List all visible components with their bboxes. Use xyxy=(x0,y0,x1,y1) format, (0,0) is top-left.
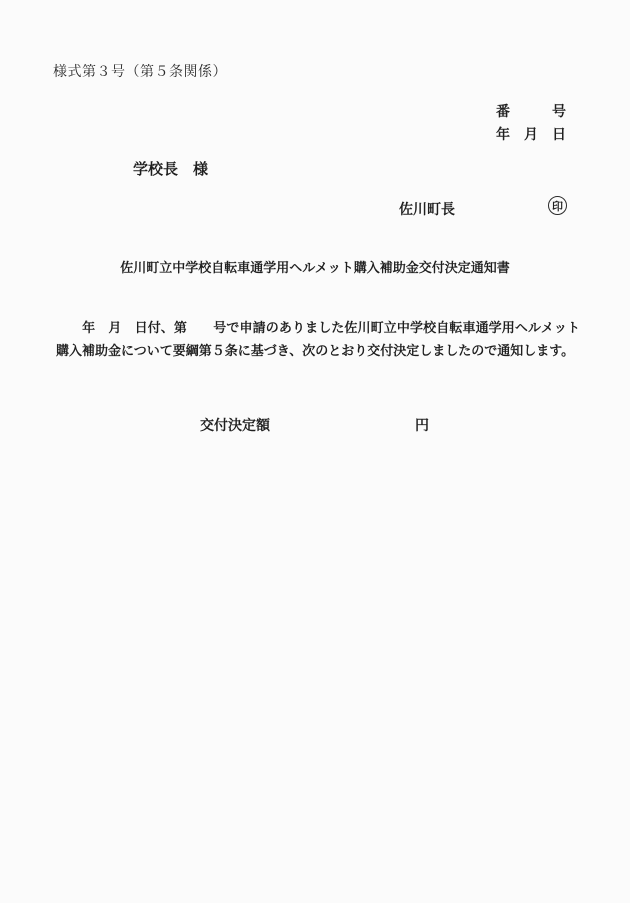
reference-block: 番 号 年 月 日 xyxy=(496,100,566,146)
seal-icon: 印 xyxy=(548,196,567,215)
document-page: 様式第３号（第５条関係） 番 号 年 月 日 学校長 様 佐川町長 印 佐川町立… xyxy=(0,0,630,903)
body-paragraph: 年 月 日付、第 号で申請のありました佐川町立中学校自転車通学用ヘルメット購入補… xyxy=(56,316,580,362)
amount-unit-label: 円 xyxy=(415,415,429,435)
form-number: 様式第３号（第５条関係） xyxy=(53,61,227,81)
date-line: 年 月 日 xyxy=(496,123,566,146)
reference-number-line: 番 号 xyxy=(496,100,566,123)
sender-name: 佐川町長 xyxy=(399,199,455,219)
document-title: 佐川町立中学校自転車通学用ヘルメット購入補助金交付決定通知書 xyxy=(0,257,630,276)
seal-label: 印 xyxy=(552,198,563,214)
amount-label: 交付決定額 xyxy=(200,415,270,435)
addressee-line: 学校長 様 xyxy=(133,158,208,179)
